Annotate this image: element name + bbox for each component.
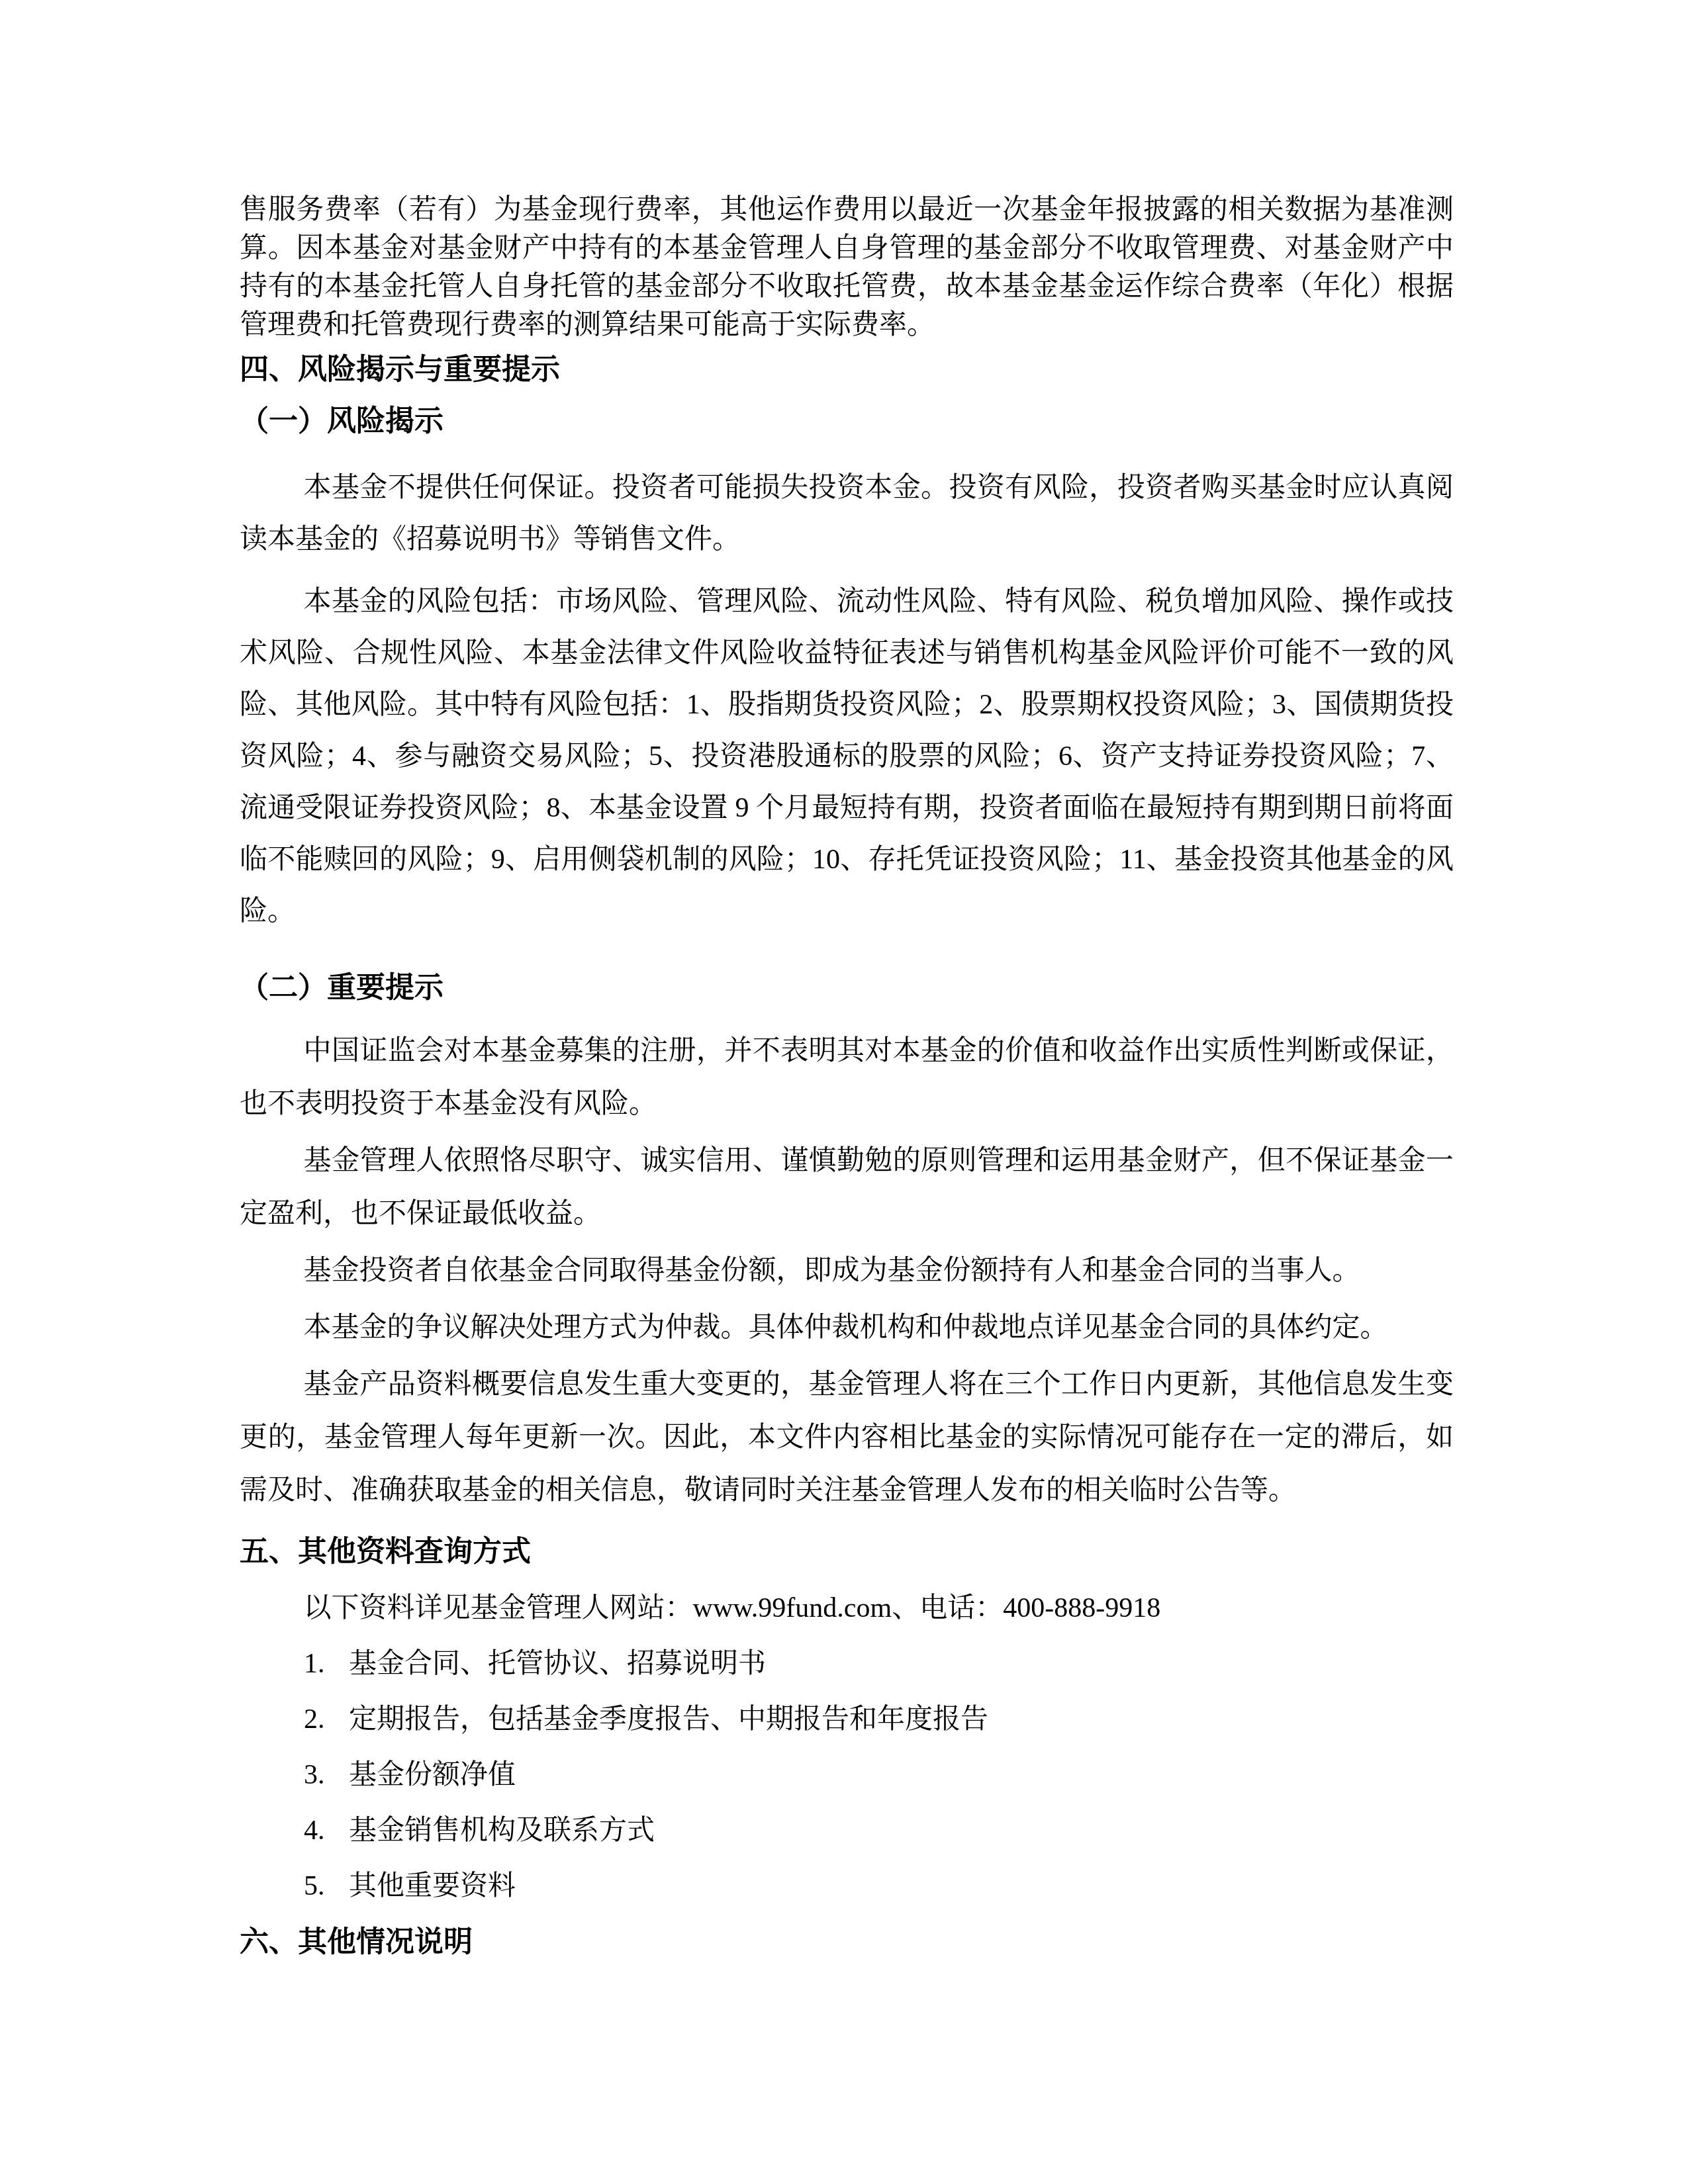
list-item-number: 4.	[304, 1804, 328, 1857]
list-item-text: 基金合同、托管协议、招募说明书	[349, 1649, 766, 1679]
list-item-text: 其他重要资料	[349, 1871, 516, 1901]
list-item-number: 5.	[304, 1860, 328, 1913]
list-item-number: 1.	[304, 1637, 328, 1690]
document-page: 售服务费率（若有）为基金现行费率，其他运作费用以最近一次基金年报披露的相关数据为…	[0, 0, 1688, 2184]
section-6-heading: 六、其他情况说明	[240, 1923, 1454, 1962]
list-item-text: 定期报告，包括基金季度报告、中期报告和年度报告	[349, 1704, 988, 1735]
list-item: 4.基金销售机构及联系方式	[240, 1804, 1454, 1857]
risk-disclosure-paragraph-2: 本基金的风险包括：市场风险、管理风险、流动性风险、特有风险、税负增加风险、操作或…	[240, 576, 1454, 937]
list-item: 3.基金份额净值	[240, 1749, 1454, 1801]
list-item-text: 基金销售机构及联系方式	[349, 1815, 655, 1846]
paragraph-fee-rate-continuation: 售服务费率（若有）为基金现行费率，其他运作费用以最近一次基金年报披露的相关数据为…	[240, 191, 1454, 344]
list-item: 1.基金合同、托管协议、招募说明书	[240, 1637, 1454, 1690]
important-notice-paragraph-4: 本基金的争议解决处理方式为仲裁。具体仲裁机构和仲裁地点详见基金合同的具体约定。	[240, 1301, 1454, 1354]
list-item: 2.定期报告，包括基金季度报告、中期报告和年度报告	[240, 1693, 1454, 1746]
risk-disclosure-paragraph-1: 本基金不提供任何保证。投资者可能损失投资本金。投资有风险，投资者购买基金时应认真…	[240, 462, 1454, 565]
section-4-heading: 四、风险揭示与重要提示	[240, 351, 1454, 389]
important-notice-paragraph-5: 基金产品资料概要信息发生重大变更的，基金管理人将在三个工作日内更新，其他信息发生…	[240, 1358, 1454, 1517]
important-notice-paragraph-3: 基金投资者自依基金合同取得基金份额，即成为基金份额持有人和基金合同的当事人。	[240, 1244, 1454, 1297]
important-notice-paragraph-1: 中国证监会对本基金募集的注册，并不表明其对本基金的价值和收益作出实质性判断或保证…	[240, 1024, 1454, 1130]
section-5-heading: 五、其他资料查询方式	[240, 1533, 1454, 1571]
section-4-1-heading: （一）风险揭示	[240, 402, 1454, 441]
important-notice-paragraph-2: 基金管理人依照恪尽职守、诚实信用、谨慎勤勉的原则管理和运用基金财产，但不保证基金…	[240, 1134, 1454, 1240]
list-item-text: 基金份额净值	[349, 1760, 516, 1790]
list-item: 5.其他重要资料	[240, 1860, 1454, 1913]
list-item-number: 2.	[304, 1693, 328, 1746]
list-item-number: 3.	[304, 1749, 328, 1801]
section-5-intro-with-website-and-phone: 以下资料详见基金管理人网站：www.99fund.com、电话：400-888-…	[240, 1582, 1454, 1635]
section-4-2-heading: （二）重要提示	[240, 969, 1454, 1007]
